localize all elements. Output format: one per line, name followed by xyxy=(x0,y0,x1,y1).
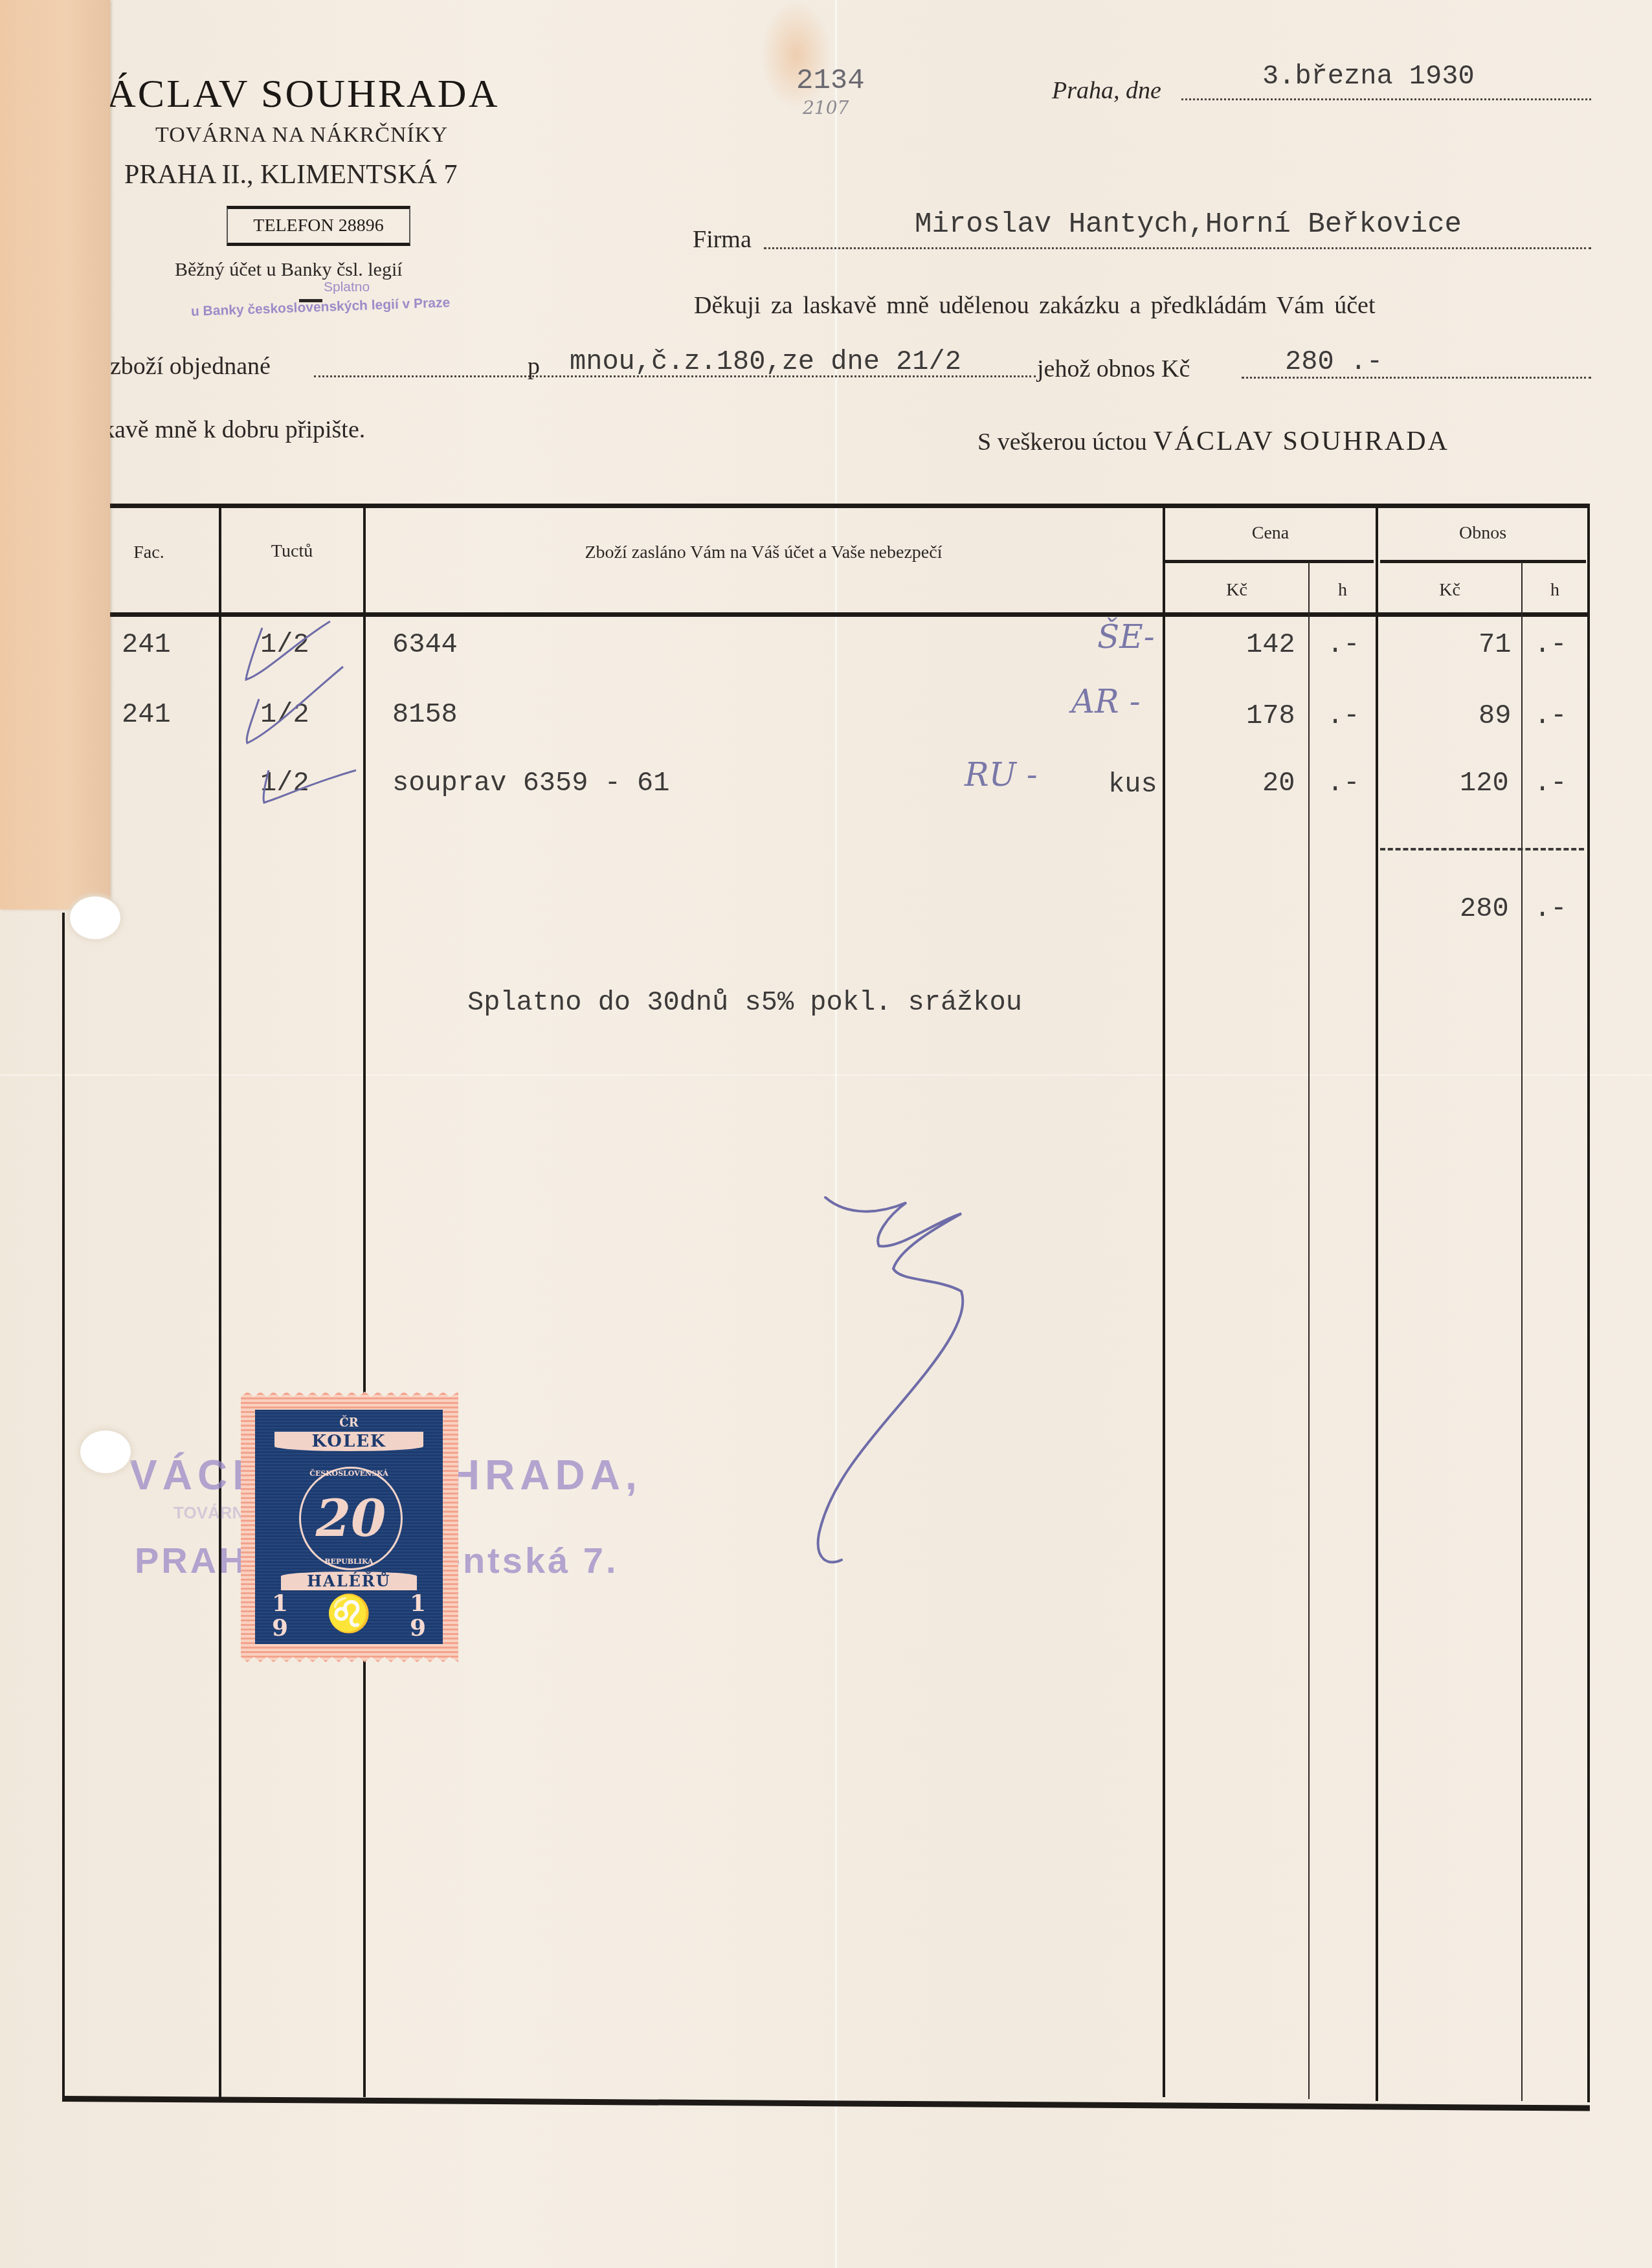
header-total: Obnos xyxy=(1378,523,1587,544)
row3-price-kc: 20 xyxy=(1262,768,1295,799)
checkmark-icon xyxy=(240,615,369,809)
header-price-h: h xyxy=(1310,580,1376,601)
row2-fac: 241 xyxy=(122,699,171,730)
tape-strip xyxy=(0,0,110,909)
header-price: Cena xyxy=(1165,523,1376,544)
amount-label: jehož obnos Kč xyxy=(1037,355,1190,383)
payment-terms: Splatno do 30dnů s5% pokl. srážkou xyxy=(467,987,1022,1018)
sum-separator xyxy=(1380,848,1584,850)
row3-price-h: .- xyxy=(1327,768,1359,799)
header-tuctu: Tuctů xyxy=(220,541,364,562)
row2-price-kc: 178 xyxy=(1246,700,1295,731)
thanks-text: Děkuji za laskavě mně udělenou zakázku a… xyxy=(694,291,1375,320)
revenue-stamp-mark: ČR xyxy=(255,1416,443,1430)
revenue-stamp-value: 20 xyxy=(316,1489,386,1548)
punch-hole-top xyxy=(70,896,120,939)
row3-pencil-note: RU - xyxy=(965,756,1038,794)
row1-price-h: .- xyxy=(1327,629,1359,660)
regards-name: VÁCLAV SOUHRADA xyxy=(1153,427,1449,456)
row2-total-h: .- xyxy=(1534,700,1567,731)
row2-total-kc: 89 xyxy=(1479,700,1511,731)
row3-unit: kus xyxy=(1108,769,1157,800)
row1-description: 6344 xyxy=(392,629,458,660)
col-line-cena-h xyxy=(1308,562,1310,2099)
col-line-obnos-h xyxy=(1521,562,1523,2101)
amount-value: 280 .- xyxy=(1285,346,1383,377)
revenue-stamp-title: KOLEK xyxy=(274,1432,423,1451)
horizontal-fold xyxy=(0,1074,1652,1076)
company-subtitle: TOVÁRNA NA NÁKRČNÍKY xyxy=(155,123,448,148)
row1-total-kc: 71 xyxy=(1479,629,1511,660)
header-fac: Fac. xyxy=(110,542,188,563)
vertical-fold xyxy=(835,0,837,2268)
table-top-border xyxy=(98,504,1589,508)
date-dotted-line xyxy=(1181,98,1591,100)
phone-number: TELEFON 28896 xyxy=(253,216,383,236)
bank-stamp-line1: Splatno xyxy=(324,280,370,295)
lion-icon: ♌ xyxy=(326,1592,372,1635)
row3-total-h: .- xyxy=(1534,768,1567,799)
sum-total-kc: 280 xyxy=(1460,893,1509,924)
obnos-subheader-border xyxy=(1380,560,1586,563)
row2-description: 8158 xyxy=(392,699,458,730)
sum-total-h: .- xyxy=(1534,893,1567,924)
company-address: PRAHA II., KLIMENTSKÁ 7 xyxy=(124,159,458,190)
row3-description: souprav 6359 - 61 xyxy=(392,768,669,799)
table-right-border xyxy=(1587,504,1590,2102)
place-date-label: Praha, dne xyxy=(1052,76,1161,105)
row3-total-kc: 120 xyxy=(1460,768,1509,799)
revenue-stamp-design: ČR KOLEK ČESKOSLOVENSKÁ 20 REPUBLIKA HAL… xyxy=(255,1410,443,1644)
firm-dotted-line xyxy=(764,247,1591,249)
revenue-stamp-circle: 20 xyxy=(299,1467,403,1570)
punch-hole-bottom xyxy=(80,1430,131,1473)
pencil-reference-note: 2107 xyxy=(803,97,849,118)
firm-label: Firma xyxy=(693,225,752,254)
col-line-description xyxy=(1163,504,1165,2097)
revenue-stamp-year-right: 1 9 xyxy=(410,1591,426,1640)
regards-prefix: S veškerou úctou xyxy=(977,428,1147,456)
col-line-fac xyxy=(219,504,221,2097)
company-name: ÁCLAV SOUHRADA xyxy=(107,71,499,117)
phone-box: TELEFON 28896 xyxy=(227,206,410,246)
table-bottom-border xyxy=(62,2096,1590,2111)
row1-price-kc: 142 xyxy=(1246,629,1295,660)
row2-pencil-note: AR - xyxy=(1071,683,1141,720)
firm-value: Miroslav Hantych,Horní Beřkovice xyxy=(915,208,1462,241)
row1-total-h: .- xyxy=(1534,629,1567,660)
signature-icon xyxy=(803,1172,1049,1638)
row1-fac: 241 xyxy=(122,629,171,660)
bank-account: Běžný účet u Banky čsl. legií xyxy=(175,259,403,281)
invoice-date: 3.března 1930 xyxy=(1262,61,1475,92)
header-total-h: h xyxy=(1523,580,1587,601)
header-description: Zboží zasláno Vám na Váš účet a Vaše neb… xyxy=(364,542,1163,563)
order-reference: mnou,č.z.180,ze dne 21/2 xyxy=(570,346,961,377)
revenue-stamp-arc-bottom: REPUBLIKA xyxy=(255,1557,443,1566)
pencil-reference-number: 2134 xyxy=(796,65,865,97)
invoice-paper: ÁCLAV SOUHRADA TOVÁRNA NA NÁKRČNÍKY PRAH… xyxy=(0,0,1652,2268)
revenue-stamp-year-left: 1 9 xyxy=(272,1591,288,1640)
header-price-kc: Kč xyxy=(1165,580,1308,601)
row2-price-h: .- xyxy=(1327,700,1359,731)
credit-text: kavě mně k dobru připište. xyxy=(102,416,365,444)
col-line-cena xyxy=(1376,504,1378,2101)
table-left-border xyxy=(62,913,65,2097)
regards-line: S veškerou úctou VÁCLAV SOUHRADA xyxy=(977,426,1449,457)
row1-pencil-note: ŠE- xyxy=(1097,618,1155,656)
revenue-stamp-unit: HALÉŘŮ xyxy=(281,1572,417,1590)
header-total-kc: Kč xyxy=(1378,580,1521,601)
goods-prefix: p xyxy=(528,352,540,381)
revenue-stamp: ČR KOLEK ČESKOSLOVENSKÁ 20 REPUBLIKA HAL… xyxy=(241,1392,458,1662)
goods-label: zboží objednané xyxy=(110,352,271,381)
cena-subheader-border xyxy=(1165,560,1374,563)
